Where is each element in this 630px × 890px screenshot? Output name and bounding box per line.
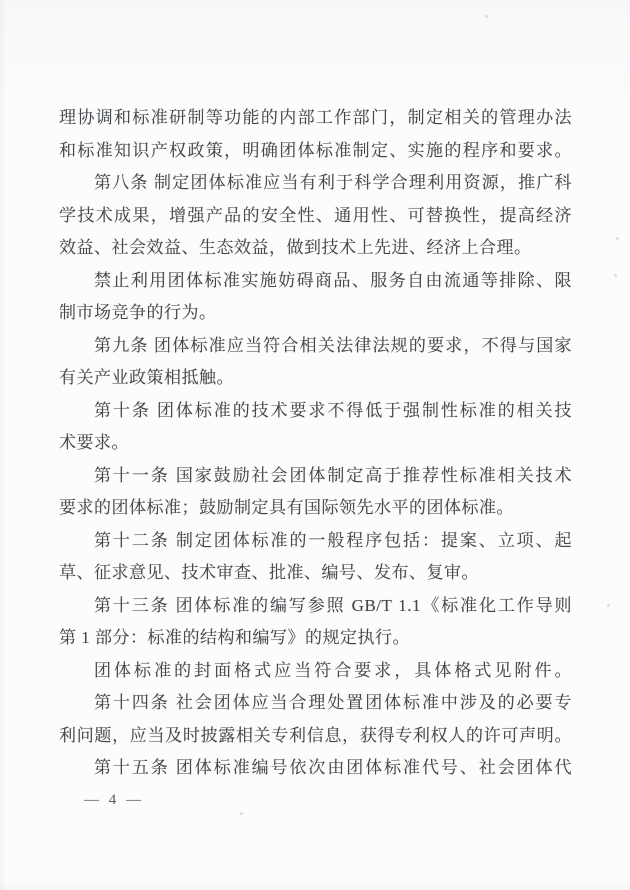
text-line: 草、征求意见、技术审查、批准、编号、发布、复审。 xyxy=(59,557,572,590)
scan-speck xyxy=(485,15,488,18)
text-line: 第十三条 团体标准的编写参照 GB/T 1.1《标准化工作导则 xyxy=(59,590,572,623)
text-line: 第十条 团体标准的技术要求不得低于强制性标准的相关技 xyxy=(59,395,572,428)
text-line: 第十一条 国家鼓励社会团体制定高于推荐性标准相关技术 xyxy=(59,460,572,493)
text-line: 制市场竞争的行为。 xyxy=(59,297,572,330)
text-line: 禁止利用团体标准实施妨碍商品、服务自由流通等排除、限 xyxy=(59,265,572,298)
text-line: 要求的团体标准；鼓励制定具有国际领先水平的团体标准。 xyxy=(59,492,572,525)
text-line: 效益、社会效益、生态效益，做到技术上先进、经济上合理。 xyxy=(59,232,572,265)
scan-speck xyxy=(614,274,617,277)
text-line: 和标准知识产权政策，明确团体标准制定、实施的程序和要求。 xyxy=(59,135,572,168)
page-number: — 4 — xyxy=(84,792,144,809)
scan-speck xyxy=(616,237,619,240)
text-line: 理协调和标准研制等功能的内部工作部门，制定相关的管理办法 xyxy=(59,102,572,135)
text-line: 利问题，应当及时披露相关专利信息，获得专利权人的许可声明。 xyxy=(59,720,572,753)
document-page: 理协调和标准研制等功能的内部工作部门，制定相关的管理办法 和标准知识产权政策，明… xyxy=(0,0,630,890)
text-line: 有关产业政策相抵触。 xyxy=(59,362,572,395)
text-line: 术要求。 xyxy=(59,427,572,460)
scan-speck xyxy=(240,812,243,815)
text-line: 第十二条 制定团体标准的一般程序包括：提案、立项、起 xyxy=(59,525,572,558)
body-text: 理协调和标准研制等功能的内部工作部门，制定相关的管理办法 和标准知识产权政策，明… xyxy=(59,102,572,785)
text-line: 第十四条 社会团体应当合理处置团体标准中涉及的必要专 xyxy=(59,687,572,720)
text-line: 第九条 团体标准应当符合相关法律法规的要求，不得与国家 xyxy=(59,330,572,363)
text-line: 第八条 制定团体标准应当有利于科学合理利用资源，推广科 xyxy=(59,167,572,200)
scan-speck xyxy=(607,604,610,607)
text-line: 第 1 部分：标准的结构和编写》的规定执行。 xyxy=(59,622,572,655)
text-line: 学技术成果，增强产品的安全性、通用性、可替换性，提高经济 xyxy=(59,200,572,233)
text-line: 团体标准的封面格式应当符合要求，具体格式见附件。 xyxy=(59,655,572,688)
text-line: 第十五条 团体标准编号依次由团体标准代号、社会团体代 xyxy=(59,752,572,785)
